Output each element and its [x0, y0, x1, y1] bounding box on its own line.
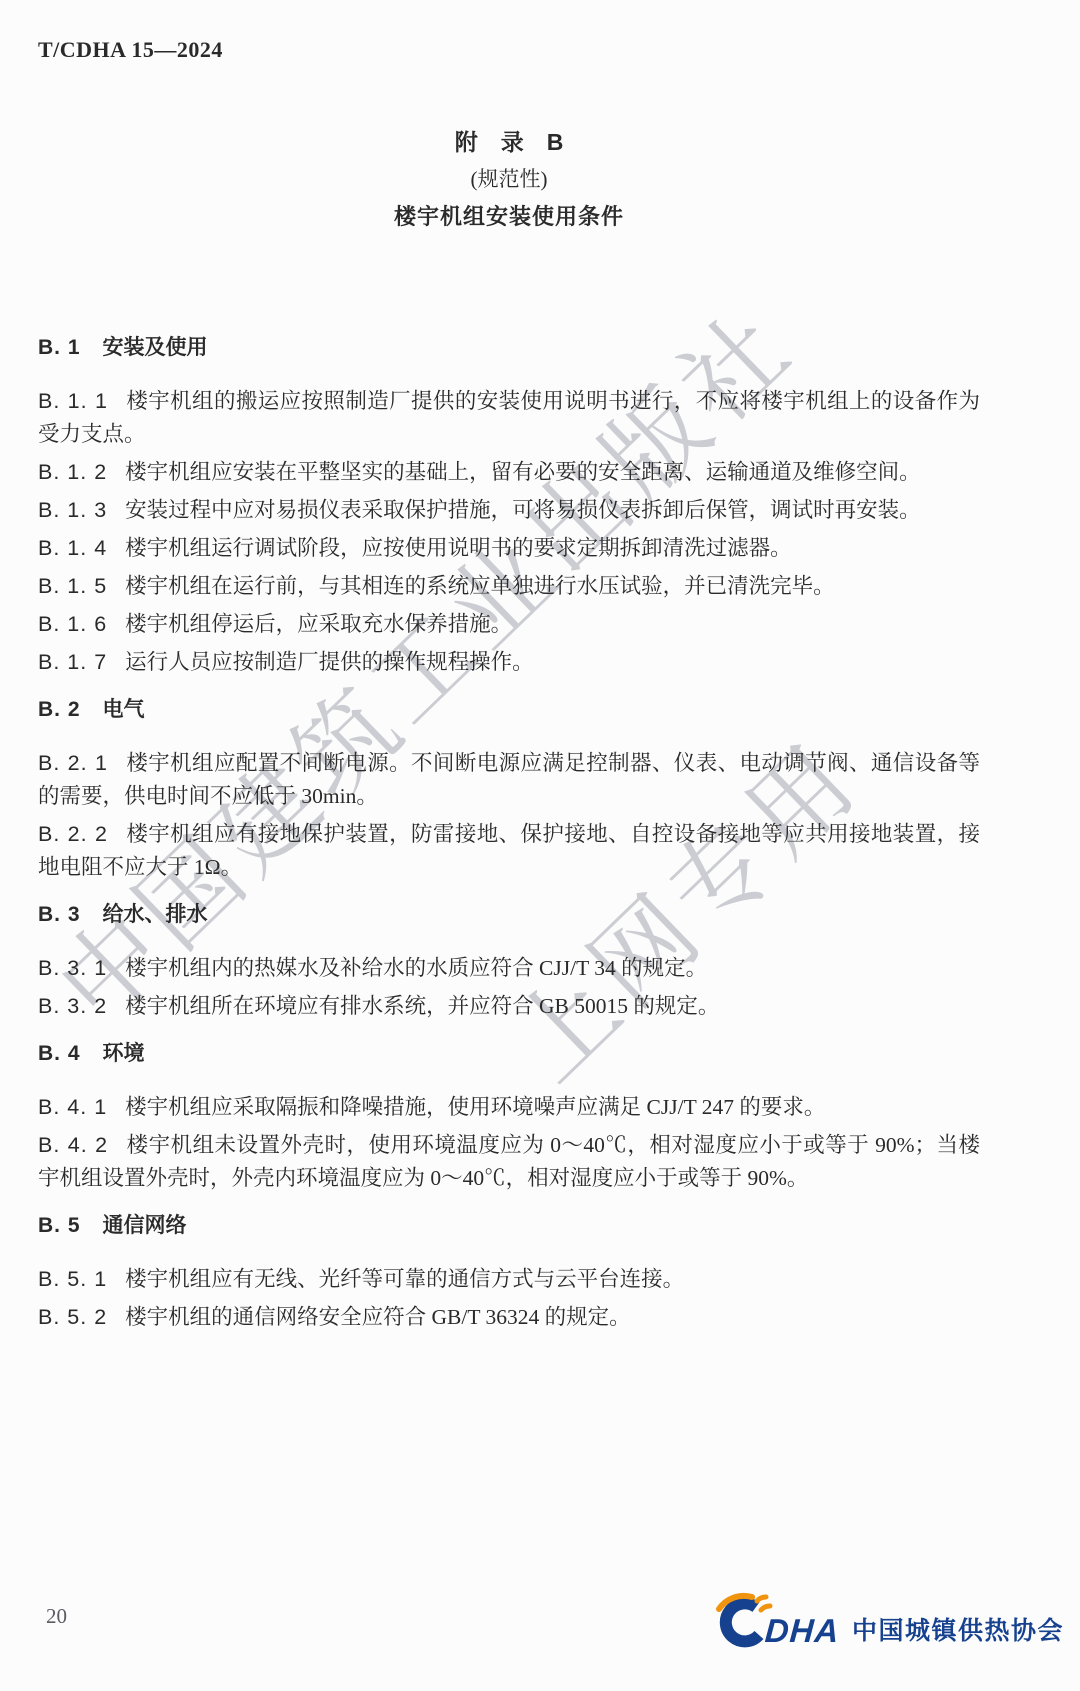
- clause-number: B. 1. 3: [38, 498, 107, 522]
- clause: B. 1. 1楼宇机组的搬运应按照制造厂提供的安装使用说明书进行，不应将楼宇机组…: [38, 385, 980, 451]
- clause-text: 楼宇机组应有接地保护装置，防雷接地、保护接地、自控设备接地等应共用接地装置，接地…: [38, 822, 980, 879]
- clause-number: B. 2. 2: [38, 822, 108, 846]
- section-number: B. 3: [38, 903, 81, 926]
- clause-text: 楼宇机组未设置外壳时，使用环境温度应为 0～40℃，相对湿度应小于或等于 90%…: [38, 1133, 980, 1190]
- clause: B. 4. 2楼宇机组未设置外壳时，使用环境温度应为 0～40℃，相对湿度应小于…: [38, 1129, 980, 1195]
- section-heading: B. 3给水、排水: [38, 898, 980, 931]
- clause-text: 安装过程中应对易损仪表采取保护措施，可将易损仪表拆卸后保管，调试时再安装。: [125, 498, 921, 522]
- section-number: B. 1: [38, 336, 81, 359]
- clause: B. 1. 4楼宇机组运行调试阶段，应按使用说明书的要求定期拆卸清洗过滤器。: [38, 532, 980, 565]
- clause-number: B. 1. 4: [38, 536, 107, 560]
- logo-acronym: DHA: [764, 1614, 841, 1647]
- clause-text: 楼宇机组在运行前，与其相连的系统应单独进行水压试验，并已清洗完毕。: [125, 574, 835, 598]
- clause-text: 楼宇机组的搬运应按照制造厂提供的安装使用说明书进行，不应将楼宇机组上的设备作为受…: [38, 389, 980, 446]
- section-heading-text: 给水、排水: [103, 903, 208, 926]
- section-number: B. 2: [38, 698, 81, 721]
- section: B. 3给水、排水B. 3. 1楼宇机组内的热媒水及补给水的水质应符合 CJJ/…: [38, 898, 980, 1023]
- appendix-subject: 楼宇机组安装使用条件: [38, 198, 980, 235]
- section-heading: B. 2电气: [38, 693, 980, 726]
- clause-text: 楼宇机组应安装在平整坚实的基础上，留有必要的安全距离、运输通道及维修空间。: [125, 460, 921, 484]
- footer-logo: DHA 中国城镇供热协会: [707, 1592, 1064, 1650]
- clause-text: 楼宇机组内的热媒水及补给水的水质应符合 CJJ/T 34 的规定。: [125, 956, 707, 980]
- clause-text: 楼宇机组停运后，应采取充水保养措施。: [125, 612, 512, 636]
- clause-number: B. 2. 1: [38, 751, 108, 775]
- sections: B. 1安装及使用B. 1. 1楼宇机组的搬运应按照制造厂提供的安装使用说明书进…: [38, 331, 980, 1334]
- section: B. 2电气B. 2. 1楼宇机组应配置不间断电源。不间断电源应满足控制器、仪表…: [38, 693, 980, 884]
- clause-number: B. 3. 2: [38, 994, 107, 1018]
- clause-number: B. 1. 7: [38, 650, 107, 674]
- section-number: B. 5: [38, 1214, 81, 1237]
- clause-text: 楼宇机组运行调试阶段，应按使用说明书的要求定期拆卸清洗过滤器。: [125, 536, 792, 560]
- section-number: B. 4: [38, 1042, 81, 1065]
- clause-number: B. 1. 6: [38, 612, 107, 636]
- appendix-title-block: 附 录 B (规范性) 楼宇机组安装使用条件: [38, 124, 980, 235]
- standard-code: T/CDHA 15—2024: [38, 36, 980, 64]
- clause: B. 5. 2楼宇机组的通信网络安全应符合 GB/T 36324 的规定。: [38, 1301, 980, 1334]
- clause-text: 楼宇机组应配置不间断电源。不间断电源应满足控制器、仪表、电动调节阀、通信设备等的…: [38, 751, 980, 808]
- clause: B. 1. 2楼宇机组应安装在平整坚实的基础上，留有必要的安全距离、运输通道及维…: [38, 456, 980, 489]
- clause: B. 1. 3安装过程中应对易损仪表采取保护措施，可将易损仪表拆卸后保管，调试时…: [38, 494, 980, 527]
- clause-number: B. 3. 1: [38, 956, 107, 980]
- clause: B. 4. 1楼宇机组应采取隔振和降噪措施，使用环境噪声应满足 CJJ/T 24…: [38, 1091, 980, 1124]
- section-heading: B. 1安装及使用: [38, 331, 980, 364]
- page-number: 20: [46, 1604, 67, 1629]
- clause: B. 1. 6楼宇机组停运后，应采取充水保养措施。: [38, 608, 980, 641]
- section: B. 1安装及使用B. 1. 1楼宇机组的搬运应按照制造厂提供的安装使用说明书进…: [38, 331, 980, 679]
- clause-text: 楼宇机组应采取隔振和降噪措施，使用环境噪声应满足 CJJ/T 247 的要求。: [125, 1095, 825, 1119]
- appendix-title: 附 录 B: [38, 124, 980, 161]
- clause: B. 2. 1楼宇机组应配置不间断电源。不间断电源应满足控制器、仪表、电动调节阀…: [38, 747, 980, 813]
- clause-number: B. 4. 2: [38, 1133, 108, 1157]
- section-heading-text: 通信网络: [103, 1214, 187, 1237]
- clause-number: B. 1. 1: [38, 389, 108, 413]
- section-heading: B. 5通信网络: [38, 1209, 980, 1242]
- clause-number: B. 4. 1: [38, 1095, 107, 1119]
- clause: B. 2. 2楼宇机组应有接地保护装置，防雷接地、保护接地、自控设备接地等应共用…: [38, 818, 980, 884]
- appendix-normative-label: (规范性): [38, 161, 980, 198]
- clause-number: B. 5. 2: [38, 1305, 107, 1329]
- clause: B. 1. 5楼宇机组在运行前，与其相连的系统应单独进行水压试验，并已清洗完毕。: [38, 570, 980, 603]
- clause-text: 运行人员应按制造厂提供的操作规程操作。: [125, 650, 534, 674]
- section-heading-text: 环境: [103, 1042, 145, 1065]
- section-heading-text: 安装及使用: [103, 336, 208, 359]
- document-page: 中国建筑工业出版社 上网专用 T/CDHA 15—2024 附 录 B (规范性…: [0, 0, 1080, 1691]
- document-content: T/CDHA 15—2024 附 录 B (规范性) 楼宇机组安装使用条件 B.…: [0, 0, 1080, 1334]
- clause-text: 楼宇机组所在环境应有排水系统，并应符合 GB 50015 的规定。: [125, 994, 719, 1018]
- clause-text: 楼宇机组的通信网络安全应符合 GB/T 36324 的规定。: [125, 1305, 630, 1329]
- clause: B. 3. 2楼宇机组所在环境应有排水系统，并应符合 GB 50015 的规定。: [38, 990, 980, 1023]
- clause-text: 楼宇机组应有无线、光纤等可靠的通信方式与云平台连接。: [125, 1267, 684, 1291]
- logo-org-name: 中国城镇供热协会: [852, 1619, 1064, 1644]
- section: B. 4环境B. 4. 1楼宇机组应采取隔振和降噪措施，使用环境噪声应满足 CJ…: [38, 1037, 980, 1195]
- clause-number: B. 5. 1: [38, 1267, 107, 1291]
- section: B. 5通信网络B. 5. 1楼宇机组应有无线、光纤等可靠的通信方式与云平台连接…: [38, 1209, 980, 1334]
- clause: B. 5. 1楼宇机组应有无线、光纤等可靠的通信方式与云平台连接。: [38, 1263, 980, 1296]
- clause: B. 1. 7运行人员应按制造厂提供的操作规程操作。: [38, 646, 980, 679]
- clause-number: B. 1. 2: [38, 460, 107, 484]
- clause: B. 3. 1楼宇机组内的热媒水及补给水的水质应符合 CJJ/T 34 的规定。: [38, 952, 980, 985]
- clause-number: B. 1. 5: [38, 574, 107, 598]
- section-heading-text: 电气: [103, 698, 145, 721]
- section-heading: B. 4环境: [38, 1037, 980, 1070]
